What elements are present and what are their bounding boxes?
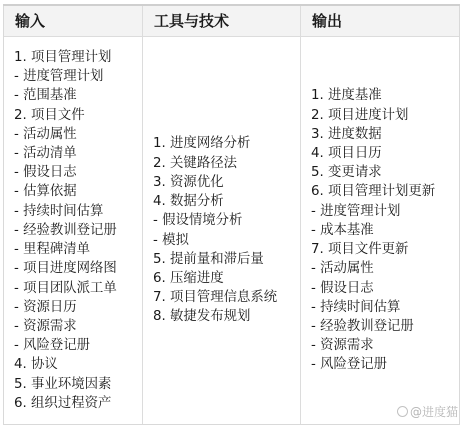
outputs-cell: 1. 进度基准2. 项目进度计划3. 进度数据4. 项目日历5. 变更请求6. … bbox=[301, 37, 459, 424]
tool-item: 2. 关键路径法 bbox=[153, 154, 300, 173]
input-item: - 范围基准 bbox=[14, 86, 142, 105]
input-item: - 资源需求 bbox=[14, 317, 142, 336]
tool-item: 3. 资源优化 bbox=[153, 173, 300, 192]
tool-item: - 模拟 bbox=[153, 231, 300, 250]
input-item: - 活动清单 bbox=[14, 144, 142, 163]
output-item: - 经验教训登记册 bbox=[311, 317, 459, 336]
tool-item: - 假设情境分析 bbox=[153, 211, 300, 230]
output-item: 6. 项目管理计划更新 bbox=[311, 182, 459, 201]
table-header-row: 输入 工具与技术 输出 bbox=[4, 6, 459, 37]
input-item: 1. 项目管理计划 bbox=[14, 48, 142, 67]
input-item: - 假设日志 bbox=[14, 163, 142, 182]
input-item: 2. 项目文件 bbox=[14, 106, 142, 125]
output-item: 3. 进度数据 bbox=[311, 125, 459, 144]
output-item: 7. 项目文件更新 bbox=[311, 240, 459, 259]
itto-table: 输入 工具与技术 输出 1. 项目管理计划- 进度管理计划- 范围基准2. 项目… bbox=[3, 5, 460, 425]
table-body-row: 1. 项目管理计划- 进度管理计划- 范围基准2. 项目文件- 活动属性- 活动… bbox=[4, 37, 459, 424]
output-item: 2. 项目进度计划 bbox=[311, 106, 459, 125]
output-item: 1. 进度基准 bbox=[311, 86, 459, 105]
input-item: - 资源日历 bbox=[14, 298, 142, 317]
input-item: - 项目团队派工单 bbox=[14, 279, 142, 298]
output-item: - 资源需求 bbox=[311, 336, 459, 355]
output-item: - 成本基准 bbox=[311, 221, 459, 240]
output-item: 5. 变更请求 bbox=[311, 163, 459, 182]
input-item: 5. 事业环境因素 bbox=[14, 375, 142, 394]
watermark-text: @进度猫 bbox=[410, 403, 458, 420]
input-item: 4. 协议 bbox=[14, 355, 142, 374]
input-item: - 项目进度网络图 bbox=[14, 259, 142, 278]
tools-cell: 1. 进度网络分析2. 关键路径法3. 资源优化4. 数据分析- 假设情境分析-… bbox=[143, 37, 301, 424]
input-item: - 活动属性 bbox=[14, 125, 142, 144]
input-item: - 持续时间估算 bbox=[14, 202, 142, 221]
header-outputs: 输出 bbox=[301, 6, 459, 36]
input-item: 6. 组织过程资产 bbox=[14, 394, 142, 413]
output-item: - 风险登记册 bbox=[311, 355, 459, 374]
output-item: - 活动属性 bbox=[311, 259, 459, 278]
header-inputs: 输入 bbox=[4, 6, 143, 36]
watermark: @进度猫 bbox=[397, 403, 458, 420]
tool-item: 4. 数据分析 bbox=[153, 192, 300, 211]
tool-item: 5. 提前量和滞后量 bbox=[153, 250, 300, 269]
output-item: - 持续时间估算 bbox=[311, 298, 459, 317]
input-item: - 里程碑清单 bbox=[14, 240, 142, 259]
tool-item: 7. 项目管理信息系统 bbox=[153, 288, 300, 307]
output-item: - 进度管理计划 bbox=[311, 202, 459, 221]
watermark-logo-icon bbox=[397, 406, 408, 417]
input-item: - 估算依据 bbox=[14, 182, 142, 201]
input-item: - 风险登记册 bbox=[14, 336, 142, 355]
tool-item: 1. 进度网络分析 bbox=[153, 134, 300, 153]
output-item: - 假设日志 bbox=[311, 279, 459, 298]
output-item: 4. 项目日历 bbox=[311, 144, 459, 163]
inputs-cell: 1. 项目管理计划- 进度管理计划- 范围基准2. 项目文件- 活动属性- 活动… bbox=[4, 37, 143, 424]
input-item: - 进度管理计划 bbox=[14, 67, 142, 86]
tool-item: 8. 敏捷发布规划 bbox=[153, 307, 300, 326]
input-item: - 经验教训登记册 bbox=[14, 221, 142, 240]
header-tools-techniques: 工具与技术 bbox=[143, 6, 301, 36]
tool-item: 6. 压缩进度 bbox=[153, 269, 300, 288]
